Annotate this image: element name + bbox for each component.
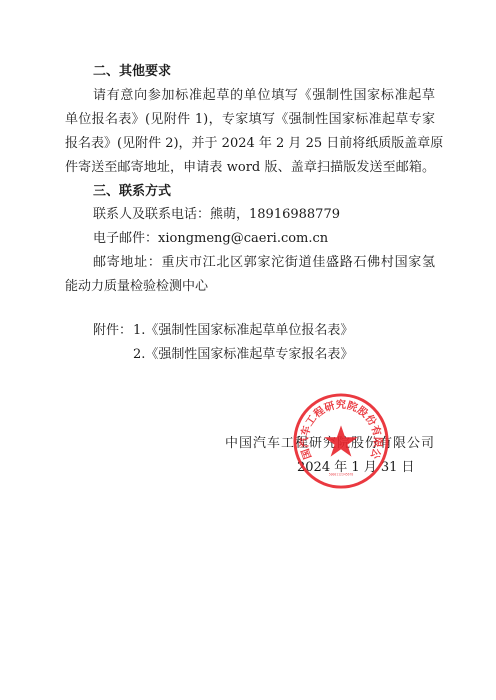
contact-email: 电子邮件：xiongmeng@caeri.com.cn xyxy=(93,231,328,247)
official-seal-icon: 中国汽车工程研究院股份有限公司 5000112345678 xyxy=(292,392,390,490)
section-heading-contact: 三、联系方式 xyxy=(93,184,171,200)
contact-person: 联系人及联系电话：熊萌，18916988779 xyxy=(93,207,340,223)
address-line: 能动力质量检验检测中心 xyxy=(65,279,208,295)
address-line: 邮寄地址：重庆市江北区郭家沱街道佳盛路石佛村国家氢 xyxy=(93,255,435,271)
svg-text:5000112345678: 5000112345678 xyxy=(329,472,354,476)
section-heading-other-requirements: 二、其他要求 xyxy=(93,64,171,80)
paragraph-line: 请有意向参加标准起草的单位填写《强制性国家标准起草 xyxy=(93,88,435,104)
attachment-item: 2.《强制性国家标准起草专家报名表》 xyxy=(133,347,353,363)
paragraph-line: 单位报名表》(见附件 1)，专家填写《强制性国家标准起草专家 xyxy=(65,112,435,128)
paragraph-line: 件寄送至邮寄地址，申请表 word 版、盖章扫描版发送至邮箱。 xyxy=(65,160,435,176)
attachments-label: 附件： xyxy=(93,323,132,339)
paragraph-line: 报名表》(见附件 2)，并于 2024 年 2 月 25 日前将纸质版盖章原 xyxy=(65,136,435,152)
attachment-item: 1.《强制性国家标准起草单位报名表》 xyxy=(133,323,353,339)
